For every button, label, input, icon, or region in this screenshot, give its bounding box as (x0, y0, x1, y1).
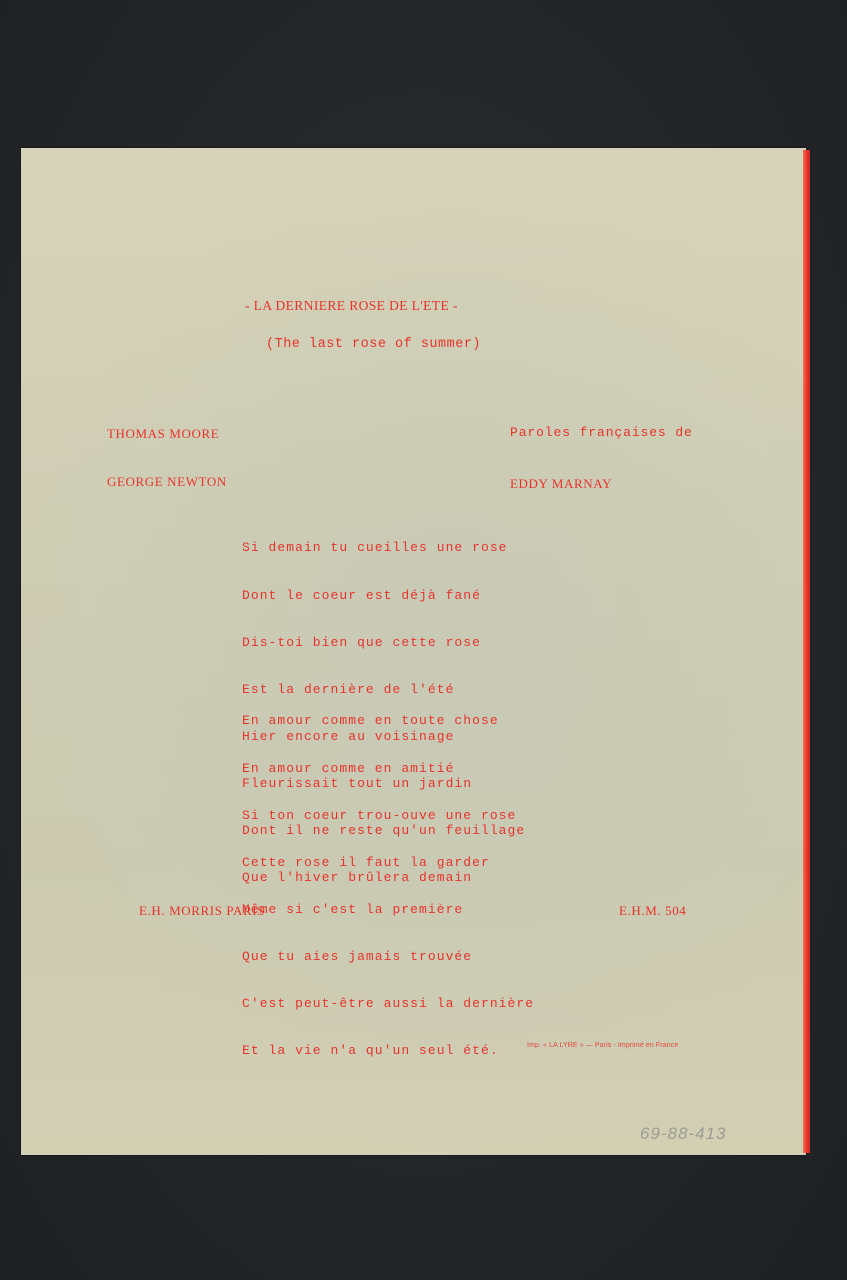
lyric-line: Dis-toi bien que cette rose (242, 635, 525, 651)
lyricist-name: THOMAS MOORE (107, 426, 227, 442)
translation-credits: Paroles françaises de EDDY MARNAY (510, 390, 693, 509)
translation-label: Paroles françaises de (510, 424, 693, 441)
lyric-line: En amour comme en amitié (242, 761, 534, 777)
catalog-number: E.H.M. 504 (619, 903, 686, 919)
lyric-line: En amour comme en toute chose (242, 713, 534, 729)
printer-imprint: Imp. « LA LYRE » — Paris - Imprimé en Fr… (527, 1042, 678, 1049)
lyric-line: Et la vie n'a qu'un seul été. (242, 1043, 534, 1059)
handwritten-archive-number: 69-88-413 (640, 1124, 727, 1144)
lyric-line: Dont le coeur est déjà fané (242, 588, 525, 604)
song-title: - LA DERNIERE ROSE DE L'ETE - (245, 298, 458, 314)
publisher-name: E.H. MORRIS PARIS (139, 903, 265, 919)
lyric-line: Cette rose il faut la garder (242, 855, 534, 871)
lyric-line: Si ton coeur trou-ouve une rose (242, 808, 534, 824)
author-credits: THOMAS MOORE GEORGE NEWTON (107, 394, 227, 506)
stanza-2: En amour comme en toute chose En amour c… (242, 682, 534, 1075)
lyric-line: Même si c'est la première (242, 902, 534, 918)
lyric-line: Si demain tu cueilles une rose (242, 540, 525, 556)
translator-name: EDDY MARNAY (510, 475, 693, 492)
composer-name: GEORGE NEWTON (107, 474, 227, 490)
song-subtitle: (The last rose of summer) (266, 337, 481, 352)
lyric-line: Que tu aies jamais trouvée (242, 949, 534, 965)
red-page-edge (803, 150, 810, 1153)
lyric-line: C'est peut-être aussi la dernière (242, 996, 534, 1012)
